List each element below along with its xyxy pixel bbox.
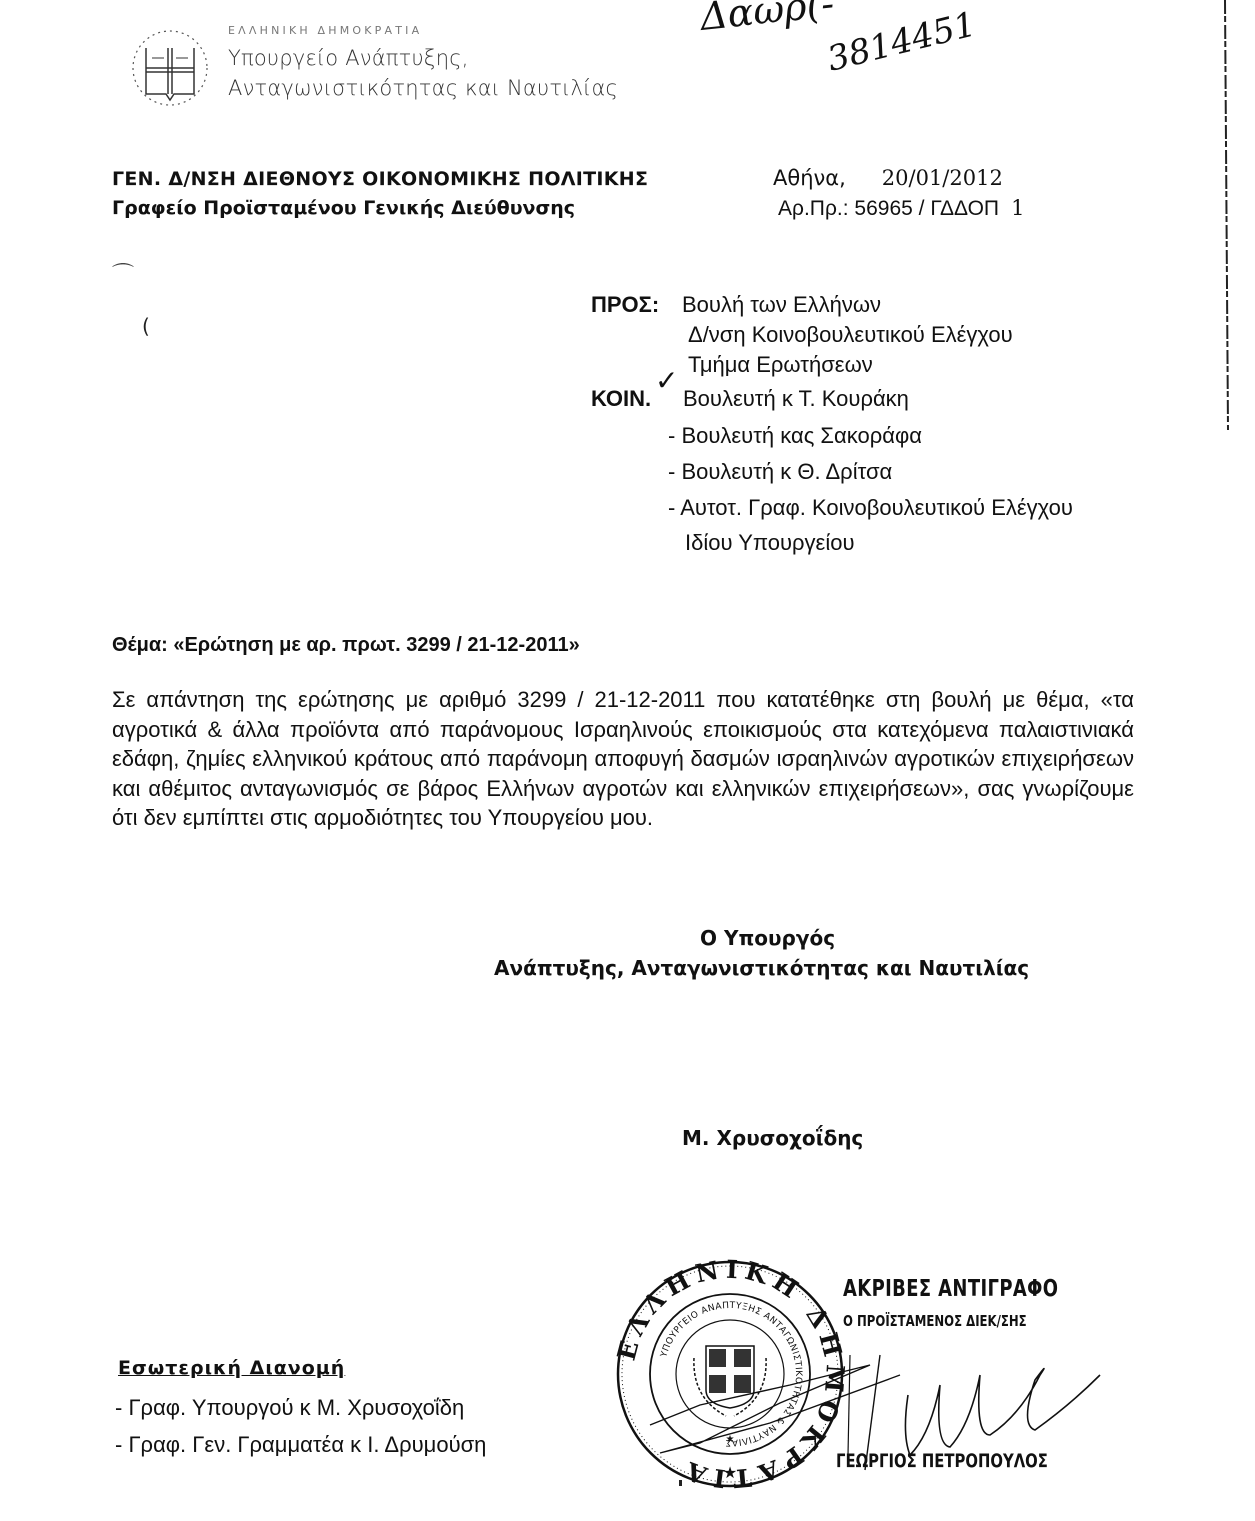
to-label: ΠΡΟΣ: — [591, 292, 659, 318]
protocol-number: Αρ.Πρ.: 56965 / ΓΔΔΟΠ1 — [778, 196, 1024, 221]
scan-dot — [679, 1480, 682, 1486]
recipient-to: Βουλή των Ελλήνων — [682, 292, 881, 318]
recipient-to: Δ/νση Κοινοβουλευτικού Ελέγχου — [688, 322, 1013, 348]
cc-label: ΚΟΙΝ. — [591, 386, 651, 412]
certified-copy-title: ΑΚΡΙΒΕΣ ΑΝΤΙΓΡΑΦΟ — [843, 1276, 1058, 1302]
certifier-role: Ο ΠΡΟΪΣΤΑΜΕΝΟΣ ΔΙΕΚ/ΣΗΣ — [843, 1312, 1027, 1330]
ministry-name-line2: Ανταγωνιστικότητας και Ναυτιλίας — [228, 76, 618, 100]
place-date: Αθήνα,20/01/2012 — [773, 166, 1003, 190]
recipient-cc: Ιδίου Υπουργείου — [685, 530, 855, 556]
recipient-cc: - Βουλευτή κας Σακοράφα — [668, 423, 922, 449]
distribution-item: - Γραφ. Υπουργού κ Μ. Χρυσοχοΐδη — [115, 1395, 464, 1421]
check-mark-icon: ✓ — [655, 364, 678, 397]
scan-mark: ( — [142, 314, 150, 338]
recipient-cc: Βουλευτή κ Τ. Κουράκη — [683, 386, 909, 412]
ministry-name-line1: Υπουργείο Ανάπτυξης, — [228, 46, 469, 70]
place: Αθήνα, — [773, 166, 846, 190]
handwritten-number: 3814451 — [823, 4, 980, 79]
protocol-suffix: 1 — [1011, 196, 1024, 220]
distribution-item: - Γραφ. Γεν. Γραμματέα κ Ι. Δρυμούση — [115, 1432, 486, 1458]
subject-line: Θέμα: «Ερώτηση με αρ. πρωτ. 3299 / 21-12… — [112, 634, 580, 657]
signatory-name: Μ. Χρυσοχοΐδης — [682, 1126, 863, 1150]
greek-coat-of-arms-icon — [126, 28, 214, 108]
internal-distribution-title: Εσωτερική Διανομή — [118, 1357, 345, 1379]
scan-mark: ⌒ — [112, 258, 134, 289]
document-date: 20/01/2012 — [882, 166, 1003, 190]
body-paragraph: Σε απάντηση της ερώτησης με αριθμό 3299 … — [112, 685, 1134, 833]
protocol-value: 56965 / ΓΔΔΟΠ — [854, 197, 999, 220]
scan-edge-artifact — [1224, 0, 1230, 430]
recipient-to: Τμήμα Ερωτήσεων — [688, 352, 873, 378]
recipient-cc: - Αυτοτ. Γραφ. Κοινοβουλευτικού Ελέγχου — [668, 495, 1073, 521]
recipient-cc: - Βουλευτή κ Θ. Δρίτσα — [668, 459, 892, 485]
signatory-title: Ο Υπουργός — [700, 926, 835, 950]
state-header: ΕΛΛΗΝΙΚΗ ΔΗΜΟΚΡΑΤΙΑ — [228, 24, 422, 37]
handwritten-note: Δαωρ(- — [698, 0, 836, 39]
handwritten-signature — [640, 1335, 1110, 1475]
protocol-label: Αρ.Πρ.: — [778, 197, 849, 220]
department-office: Γραφείο Προϊσταμένου Γενικής Διεύθυνσης — [112, 197, 575, 219]
department-title: ΓΕΝ. Δ/ΝΣΗ ΔΙΕΘΝΟΥΣ ΟΙΚΟΝΟΜΙΚΗΣ ΠΟΛΙΤΙΚΗ… — [112, 168, 648, 190]
signatory-ministry: Ανάπτυξης, Ανταγωνιστικότητας και Ναυτιλ… — [494, 956, 1029, 980]
